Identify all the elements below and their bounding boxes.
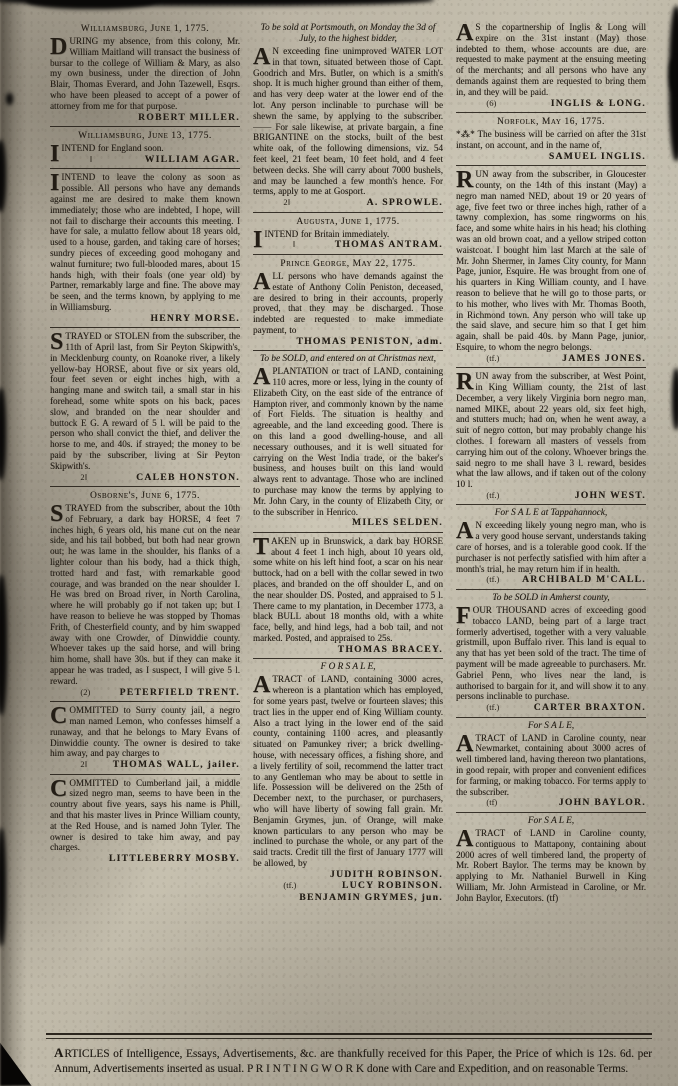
- ad-separator: [253, 212, 443, 213]
- signature-line: 2‖THOMAS WALL, jailer.: [50, 759, 240, 771]
- advertisement: Williamsburg, June 13, 1775.IINTEND for …: [50, 130, 240, 165]
- ad-body: COMMITTED to Surry county jail, a negro …: [50, 705, 240, 759]
- signature-mark: (tf.): [283, 880, 296, 892]
- advertisement: Williamsburg, June 1, 1775.DURING my abs…: [50, 23, 240, 123]
- advertisement: Augusta, June 1, 1775.IINTEND for Britai…: [253, 216, 443, 251]
- signature-name: PETERFIELD TRENT.: [120, 687, 240, 699]
- ad-separator: [50, 774, 240, 775]
- signature-line: SAMUEL INGLIS.: [456, 151, 646, 163]
- drop-cap: I: [253, 229, 264, 249]
- signature-line: (tf.)JOHN WEST.: [456, 490, 646, 502]
- ad-separator: [456, 589, 646, 590]
- signature-name: ARCHIBALD M'CALL.: [522, 574, 646, 586]
- signature-mark: (tf.): [486, 702, 499, 714]
- signature-line: (tf.)JAMES JONES.: [456, 353, 646, 365]
- newspaper-column-3: AS the copartnership of Inglis & Long wi…: [456, 22, 646, 1024]
- signature-name: CARTER BRAXTON.: [534, 702, 646, 714]
- scan-edge-blob: [0, 575, 7, 715]
- signature-name: MILES SELDEN.: [352, 517, 443, 529]
- signature-mark: (tf.): [486, 574, 499, 586]
- ad-body: IINTEND for Britain immediately.: [253, 229, 443, 240]
- ad-separator: [50, 168, 240, 169]
- ad-body: ATRACT of LAND, containing 3000 acres, w…: [253, 674, 443, 868]
- ad-separator: [253, 254, 443, 255]
- drop-cap: S: [50, 331, 65, 351]
- ad-body: APLANTATION or tract of LAND, containing…: [253, 366, 443, 517]
- signature-name: CALEB HONSTON.: [136, 472, 240, 484]
- drop-cap: I: [50, 172, 61, 192]
- ad-body: IINTEND for England soon.: [50, 143, 240, 154]
- ad-dateline: Williamsburg, June 13, 1775.: [50, 130, 240, 142]
- ad-body: COMMITTED to Cumberland jail, a middle s…: [50, 778, 240, 854]
- ad-separator: [456, 504, 646, 505]
- drop-cap: A: [253, 674, 272, 694]
- signature-line: ‖THOMAS ANTRAM.: [264, 239, 443, 251]
- signature-name: BENJAMIN GRYMES, jun.: [299, 892, 443, 904]
- advertisement: F O R S A L E,ATRACT of LAND, containing…: [253, 662, 443, 903]
- drop-cap: A: [253, 366, 272, 386]
- signature-name: THOMAS ANTRAM.: [335, 239, 443, 251]
- signature-name: THOMAS WALL, jailer.: [113, 759, 240, 771]
- signature-line: 2‖A. SPROWLE.: [253, 197, 443, 209]
- signature-line: MILES SELDEN.: [253, 517, 443, 529]
- signature-line: (2)PETERFIELD TRENT.: [50, 687, 240, 699]
- signature-mark: 2‖: [80, 759, 87, 771]
- ad-body: ATRACT of LAND in Caroline county, near …: [456, 733, 646, 798]
- advertisement: To be sold at Portsmouth, on Monday the …: [253, 23, 443, 209]
- drop-cap: A: [253, 46, 272, 66]
- signature-line: ROBERT MILLER.: [50, 112, 240, 124]
- ad-separator: [456, 112, 646, 113]
- advertisement: To be SOLD, and entered on at Christmas …: [253, 354, 443, 529]
- drop-cap: A: [456, 828, 475, 848]
- ad-heading: For S A L E at Tappahannock,: [456, 508, 646, 519]
- advertisement: STRAYED or STOLEN from the subscriber, t…: [50, 331, 240, 483]
- newspaper-column-1: Williamsburg, June 1, 1775.DURING my abs…: [50, 22, 240, 1024]
- signature-line: THOMAS PENISTON, adm.: [253, 336, 443, 348]
- advertisement: Prince George, May 22, 1775.ALL persons …: [253, 258, 443, 347]
- drop-cap: A: [456, 733, 475, 753]
- drop-cap: A: [253, 271, 272, 291]
- ad-body: ATRACT of LAND in Caroline county, conti…: [456, 828, 646, 904]
- newspaper-column-2: To be sold at Portsmouth, on Monday the …: [253, 22, 443, 1024]
- ad-separator: [50, 701, 240, 702]
- advertisement-columns: Williamsburg, June 1, 1775.DURING my abs…: [50, 22, 646, 1024]
- ad-separator: [50, 327, 240, 328]
- ad-heading: F O R S A L E,: [253, 662, 443, 673]
- advertisement: For S A L E,ATRACT of LAND in Caroline c…: [456, 721, 646, 809]
- footer-text: ARTICLES of Intelligence, Essays, Advert…: [54, 1046, 652, 1076]
- ad-heading: For S A L E,: [456, 721, 646, 732]
- ad-body: RUN away from the subscriber, at West Po…: [456, 371, 646, 490]
- ad-separator: [456, 717, 646, 718]
- scan-edge-blob: [672, 368, 678, 430]
- ad-dateline: Augusta, June 1, 1775.: [253, 216, 443, 228]
- advertisement: Osborne's, June 6, 1775.STRAYED from the…: [50, 490, 240, 698]
- signature-line: THOMAS BRACEY.: [253, 644, 443, 656]
- signature-name: JAMES JONES.: [562, 353, 646, 365]
- signature-line: (tf.)LUCY ROBINSON.: [253, 880, 443, 892]
- drop-cap: I: [50, 143, 61, 163]
- signature-mark: (6): [486, 98, 496, 110]
- signature-mark: (tf.): [486, 353, 499, 365]
- advertisement: COMMITTED to Surry county jail, a negro …: [50, 705, 240, 770]
- footer-rule: [46, 1033, 652, 1039]
- ad-body: FOUR THOUSAND acres of exceeding good to…: [456, 605, 646, 702]
- signature-line: BENJAMIN GRYMES, jun.: [253, 892, 443, 904]
- ad-body: TAKEN up in Brunswick, a dark bay HORSE …: [253, 536, 443, 644]
- ad-separator: [456, 812, 646, 813]
- ad-body: ALL persons who have demands against the…: [253, 271, 443, 336]
- scan-corner-blob: [0, 1024, 36, 1086]
- signature-name: LITTLEBERRY MOSBY.: [109, 853, 240, 865]
- signature-mark: 2‖: [283, 197, 290, 209]
- advertisement: RUN away from the subscriber, at West Po…: [456, 371, 646, 501]
- ad-heading: To be sold at Portsmouth, on Monday the …: [253, 23, 443, 45]
- ad-dateline: Williamsburg, June 1, 1775.: [50, 23, 240, 35]
- ad-separator: [50, 486, 240, 487]
- signature-mark: (tf.): [486, 490, 499, 502]
- ad-body: IINTEND to leave the colony as soon as p…: [50, 172, 240, 312]
- drop-cap: R: [456, 371, 475, 391]
- drop-cap: T: [253, 536, 271, 556]
- signature-name: SAMUEL INGLIS.: [549, 151, 646, 163]
- signature-line: HENRY MORSE.: [50, 313, 240, 325]
- ad-dateline: Prince George, May 22, 1775.: [253, 258, 443, 270]
- advertisement: To be SOLD in Amherst county,FOUR THOUSA…: [456, 593, 646, 714]
- ad-separator: [456, 165, 646, 166]
- signature-name: HENRY MORSE.: [150, 313, 240, 325]
- drop-cap: F: [456, 605, 473, 625]
- footer: ARTICLES of Intelligence, Essays, Advert…: [46, 1033, 652, 1076]
- drop-cap: D: [50, 36, 69, 56]
- signature-name: JOHN BAYLOR.: [559, 797, 646, 809]
- signature-line: (6)INGLIS & LONG.: [456, 98, 646, 110]
- signature-name: INGLIS & LONG.: [551, 98, 646, 110]
- signature-name: A. SPROWLE.: [367, 197, 443, 209]
- scan-edge-blob: [0, 140, 6, 212]
- scan-edge-blob: [0, 388, 6, 480]
- drop-cap: A: [456, 520, 475, 540]
- ad-dateline: Osborne's, June 6, 1775.: [50, 490, 240, 502]
- signature-line: (tf.)ARCHIBALD M'CALL.: [456, 574, 646, 586]
- scan-edge-blob: [26, 0, 156, 9]
- drop-cap: R: [456, 169, 475, 189]
- signature-mark: 2‖: [80, 472, 87, 484]
- signature-line: 2‖CALEB HONSTON.: [50, 472, 240, 484]
- advertisement: AS the copartnership of Inglis & Long wi…: [456, 22, 646, 109]
- ad-body: AS the copartnership of Inglis & Long wi…: [456, 22, 646, 98]
- newspaper-page: Williamsburg, June 1, 1775.DURING my abs…: [0, 0, 678, 1086]
- advertisement: For S A L E at Tappahannock,AN exceeding…: [456, 508, 646, 585]
- signature-mark: (2): [80, 687, 90, 699]
- signature-name: THOMAS PENISTON, adm.: [296, 336, 443, 348]
- ad-body: RUN away from the subscriber, in Glouces…: [456, 169, 646, 353]
- advertisement: TAKEN up in Brunswick, a dark bay HORSE …: [253, 536, 443, 655]
- advertisement: Norfolk, May 16, 1775.*⁂* The business w…: [456, 116, 646, 162]
- ad-body: AN exceeding likely young negro man, who…: [456, 520, 646, 574]
- scan-edge-blob: [0, 828, 6, 946]
- signature-mark: (tf): [486, 797, 497, 809]
- signature-name: JUDITH ROBINSON.: [330, 869, 443, 881]
- ad-heading: To be SOLD in Amherst county,: [456, 593, 646, 604]
- signature-line: (tf.)CARTER BRAXTON.: [456, 702, 646, 714]
- signature-mark: ‖: [90, 154, 92, 166]
- drop-cap: S: [50, 503, 65, 523]
- scan-edge-blob: [6, 93, 13, 105]
- advertisement: IINTEND to leave the colony as soon as p…: [50, 172, 240, 324]
- advertisement: COMMITTED to Cumberland jail, a middle s…: [50, 778, 240, 865]
- signature-line: ‖WILLIAM AGAR.: [61, 154, 240, 166]
- signature-line: LITTLEBERRY MOSBY.: [50, 853, 240, 865]
- scan-edge-blob: [669, 58, 678, 92]
- advertisement: RUN away from the subscriber, in Glouces…: [456, 169, 646, 364]
- ad-heading: For S A L E,: [456, 816, 646, 827]
- ad-separator: [456, 367, 646, 368]
- ad-dateline: Norfolk, May 16, 1775.: [456, 116, 646, 128]
- signature-name: LUCY ROBINSON.: [342, 880, 443, 892]
- signature-line: (tf)JOHN BAYLOR.: [456, 797, 646, 809]
- ad-body: *⁂* The business will be carried on afte…: [456, 129, 646, 151]
- signature-name: JOHN WEST.: [575, 490, 646, 502]
- ad-body: AN exceeding fine unimproved WATER LOT i…: [253, 46, 443, 197]
- ad-separator: [253, 532, 443, 533]
- drop-cap: C: [50, 778, 69, 798]
- ad-body: STRAYED or STOLEN from the subscriber, t…: [50, 331, 240, 471]
- ad-separator: [50, 126, 240, 127]
- ad-separator: [253, 658, 443, 659]
- advertisement: For S A L E,ATRACT of LAND in Caroline c…: [456, 816, 646, 904]
- drop-cap: A: [456, 22, 475, 42]
- signature-name: WILLIAM AGAR.: [145, 154, 240, 166]
- signature-name: ROBERT MILLER.: [138, 112, 240, 124]
- ad-separator: [253, 350, 443, 351]
- signature-name: THOMAS BRACEY.: [338, 644, 443, 656]
- ad-body: STRAYED from the subscriber, about the 1…: [50, 503, 240, 687]
- ad-heading: To be SOLD, and entered on at Christmas …: [253, 354, 443, 365]
- ad-body: DURING my absence, from this colony, Mr.…: [50, 36, 240, 112]
- drop-cap: C: [50, 705, 69, 725]
- signature-line: JUDITH ROBINSON.: [253, 869, 443, 881]
- signature-mark: ‖: [293, 239, 295, 251]
